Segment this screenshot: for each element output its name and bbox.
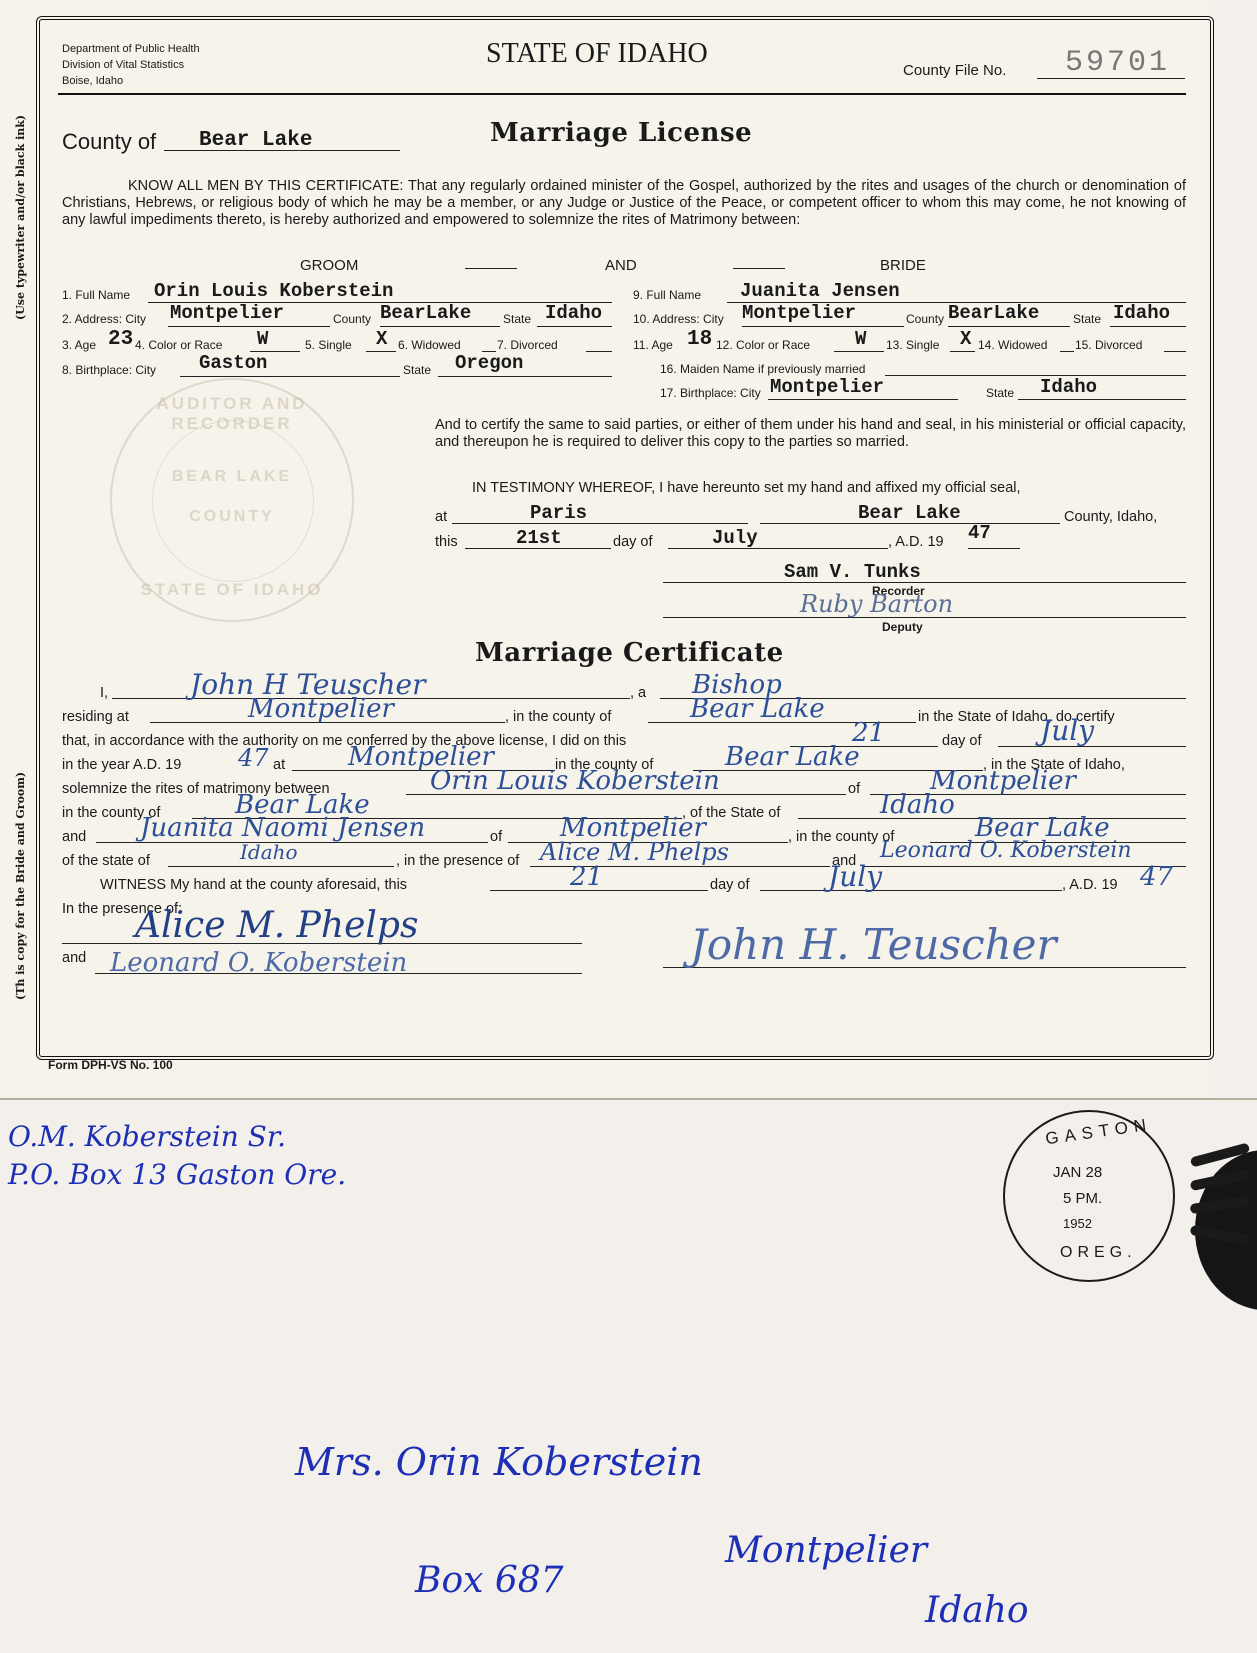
and-header: AND	[605, 257, 637, 274]
testimony-text: IN TESTIMONY WHEREOF, I have hereunto se…	[472, 480, 1021, 497]
accordance-text: that, in accordance with the authority o…	[62, 733, 626, 750]
side-label-ink-instruction: (Use typewriter and/or black ink)	[14, 115, 27, 320]
bride-state-value: Idaho	[1113, 302, 1170, 324]
postmark-date: JAN 28	[1053, 1164, 1102, 1181]
groom-of-label: of	[848, 781, 860, 798]
groom-birthplace-label: 8. Birthplace: City	[62, 363, 156, 377]
department-block: Department of Public Health Division of …	[62, 41, 200, 89]
groom-header: GROOM	[300, 257, 358, 274]
testimony-year: 47	[968, 522, 991, 544]
residing-county-value: Bear Lake	[690, 694, 825, 724]
return-address-box: P.O. Box 13 Gaston Ore.	[8, 1156, 346, 1194]
bride-county-value: BearLake	[948, 302, 1039, 324]
bride-widowed-label: 14. Widowed	[978, 338, 1047, 352]
bride-age-value: 18	[687, 328, 712, 351]
groom-birth-state-label: State	[403, 363, 431, 377]
witness-day: 21	[570, 862, 603, 892]
bride-name-value: Juanita Jensen	[740, 280, 900, 302]
department-line: Department of Public Health	[62, 41, 200, 57]
testimony-place: Paris	[530, 502, 587, 524]
bride-single-mark: X	[960, 328, 971, 350]
cert-month: July	[1040, 714, 1094, 747]
groom-single-mark: X	[376, 328, 387, 350]
bride-and-label: and	[62, 829, 86, 846]
bride-race-value: W	[855, 328, 866, 350]
witness2-signature: Leonard O. Koberstein	[110, 948, 407, 978]
postmark-time: 5 PM.	[1063, 1190, 1102, 1207]
cert-day-of-label: day of	[942, 733, 982, 750]
groom-single-label: 5. Single	[305, 338, 352, 352]
groom-county-value: BearLake	[380, 302, 471, 324]
groom-race-label: 4. Color or Race	[135, 338, 222, 352]
license-title: Marriage License	[490, 118, 752, 148]
intro-paragraph: KNOW ALL MEN BY THIS CERTIFICATE: That a…	[62, 178, 1186, 229]
bride-state-label: State	[1073, 312, 1101, 326]
witness-year: 47	[1140, 862, 1173, 892]
deputy-label: Deputy	[882, 620, 923, 634]
recorder-name: Sam V. Tunks	[784, 561, 921, 583]
city-line: Boise, Idaho	[62, 73, 200, 89]
header-rule	[58, 93, 1186, 95]
testimony-county: Bear Lake	[858, 502, 961, 524]
embossed-county-seal: AUDITOR AND RECORDER BEAR LAKE COUNTY ST…	[110, 378, 354, 622]
cert-a-label: , a	[630, 685, 646, 702]
groom-state-value: Idaho	[545, 302, 602, 324]
year-label: in the year A.D. 19	[62, 757, 181, 774]
postmark-year: 1952	[1063, 1216, 1092, 1231]
return-address: O.M. Koberstein Sr. P.O. Box 13 Gaston O…	[8, 1118, 346, 1194]
testimony-county-suffix: County, Idaho,	[1064, 509, 1157, 526]
testimony-month: July	[712, 527, 758, 549]
bride-state-handwritten: Idaho	[240, 840, 298, 864]
bride-county-label: County	[906, 312, 944, 326]
division-line: Division of Vital Statistics	[62, 57, 200, 73]
cert-in-county: Bear Lake	[725, 742, 860, 772]
county-value: Bear Lake	[199, 129, 312, 152]
testimony-day: 21st	[516, 527, 562, 549]
bride-divorced-label: 15. Divorced	[1075, 338, 1142, 352]
groom-county-label: County	[333, 312, 371, 326]
bride-name-handwritten: Juanita Naomi Jensen	[140, 813, 425, 843]
bride-age-label: 11. Age	[633, 338, 673, 352]
groom-age-label: 3. Age	[62, 338, 96, 352]
testimony-at-label: at	[435, 509, 447, 526]
bride-city-value: Montpelier	[742, 302, 856, 324]
marriage-license-document: (Use typewriter and/or black ink) (Th is…	[0, 0, 1210, 1098]
groom-state-label: State	[503, 312, 531, 326]
bride-birth-state-value: Idaho	[1040, 376, 1097, 398]
groom-name-handwritten: Orin Louis Koberstein	[430, 766, 720, 796]
witness-month: July	[828, 860, 882, 893]
recipient-box: Box 687	[415, 1560, 564, 1601]
groom-divorced-label: 7. Divorced	[497, 338, 558, 352]
witness-day-of-label: day of	[710, 877, 750, 894]
groom-birth-state-value: Oregon	[455, 352, 523, 374]
cert-at-label: at	[273, 757, 285, 774]
residing-county-label: , in the county of	[505, 709, 611, 726]
county-label: County of	[62, 129, 156, 155]
witness2-handwritten: Leonard O. Koberstein	[880, 838, 1132, 863]
side-label-copy-note: (Th is copy for the Bride and Groom)	[14, 772, 27, 1000]
cert-i-label: I,	[100, 685, 108, 702]
cert-year: 47	[238, 744, 269, 772]
bride-city-label: 10. Address: City	[633, 312, 724, 326]
bride-of-label: of	[490, 829, 502, 846]
testimony-day-of-label: day of	[613, 534, 653, 551]
groom-city-value: Montpelier	[170, 302, 284, 324]
residing-label: residing at	[62, 709, 129, 726]
groom-state-handwritten: Idaho	[880, 790, 955, 820]
presence-label: , in the presence of	[396, 853, 519, 870]
recipient-state: Idaho	[925, 1590, 1029, 1631]
recipient-name: Mrs. Orin Koberstein	[295, 1440, 703, 1484]
bride-header: BRIDE	[880, 257, 926, 274]
postmark-city: GASTON	[1044, 1115, 1153, 1150]
postmark-state: OREG.	[1060, 1244, 1137, 1262]
testimony-this-label: this	[435, 534, 458, 551]
bride-state-label-cert: of the state of	[62, 853, 150, 870]
groom-name-label: 1. Full Name	[62, 288, 130, 302]
bride-single-label: 13. Single	[886, 338, 939, 352]
groom-name-value: Orin Louis Koberstein	[154, 280, 393, 302]
groom-age-value: 23	[108, 328, 133, 351]
recipient-city: Montpelier	[725, 1530, 927, 1571]
county-file-number: 59701	[1065, 46, 1170, 80]
groom-widowed-label: 6. Widowed	[398, 338, 461, 352]
residing-value: Montpelier	[248, 694, 394, 724]
bride-name-label: 9. Full Name	[633, 288, 701, 302]
bride-county-label-cert: , in the county of	[788, 829, 894, 846]
sig-and-label: and	[62, 950, 86, 967]
groom-race-value: W	[257, 328, 268, 350]
deputy-signature: Ruby Barton	[800, 590, 953, 618]
form-number: Form DPH-VS No. 100	[48, 1058, 173, 1072]
county-file-label: County File No.	[903, 62, 1006, 79]
state-title: STATE OF IDAHO	[486, 38, 708, 70]
witness-ad-label: , A.D. 19	[1062, 877, 1118, 894]
bride-race-label: 12. Color or Race	[716, 338, 810, 352]
officiant-signature: John H. Teuscher	[690, 920, 1057, 969]
postmark: GASTON JAN 28 5 PM. 1952 OREG.	[1003, 1110, 1175, 1282]
maiden-name-label: 16. Maiden Name if previously married	[660, 362, 865, 376]
groom-city-label: 2. Address: City	[62, 312, 146, 326]
witness1-signature: Alice M. Phelps	[135, 905, 418, 946]
witness-text: WITNESS My hand at the county aforesaid,…	[100, 877, 407, 894]
groom-birth-city-value: Gaston	[199, 352, 267, 374]
bride-birth-state-label: State	[986, 386, 1014, 400]
bride-birth-city-value: Montpelier	[770, 376, 884, 398]
certificate-title: Marriage Certificate	[475, 638, 784, 668]
certify-paragraph: And to certify the same to said parties,…	[435, 417, 1186, 451]
bride-birthplace-label: 17. Birthplace: City	[660, 386, 761, 400]
return-address-name: O.M. Koberstein Sr.	[8, 1118, 346, 1156]
witness1-handwritten: Alice M. Phelps	[540, 838, 729, 866]
testimony-ad-label: , A.D. 19	[888, 534, 944, 551]
